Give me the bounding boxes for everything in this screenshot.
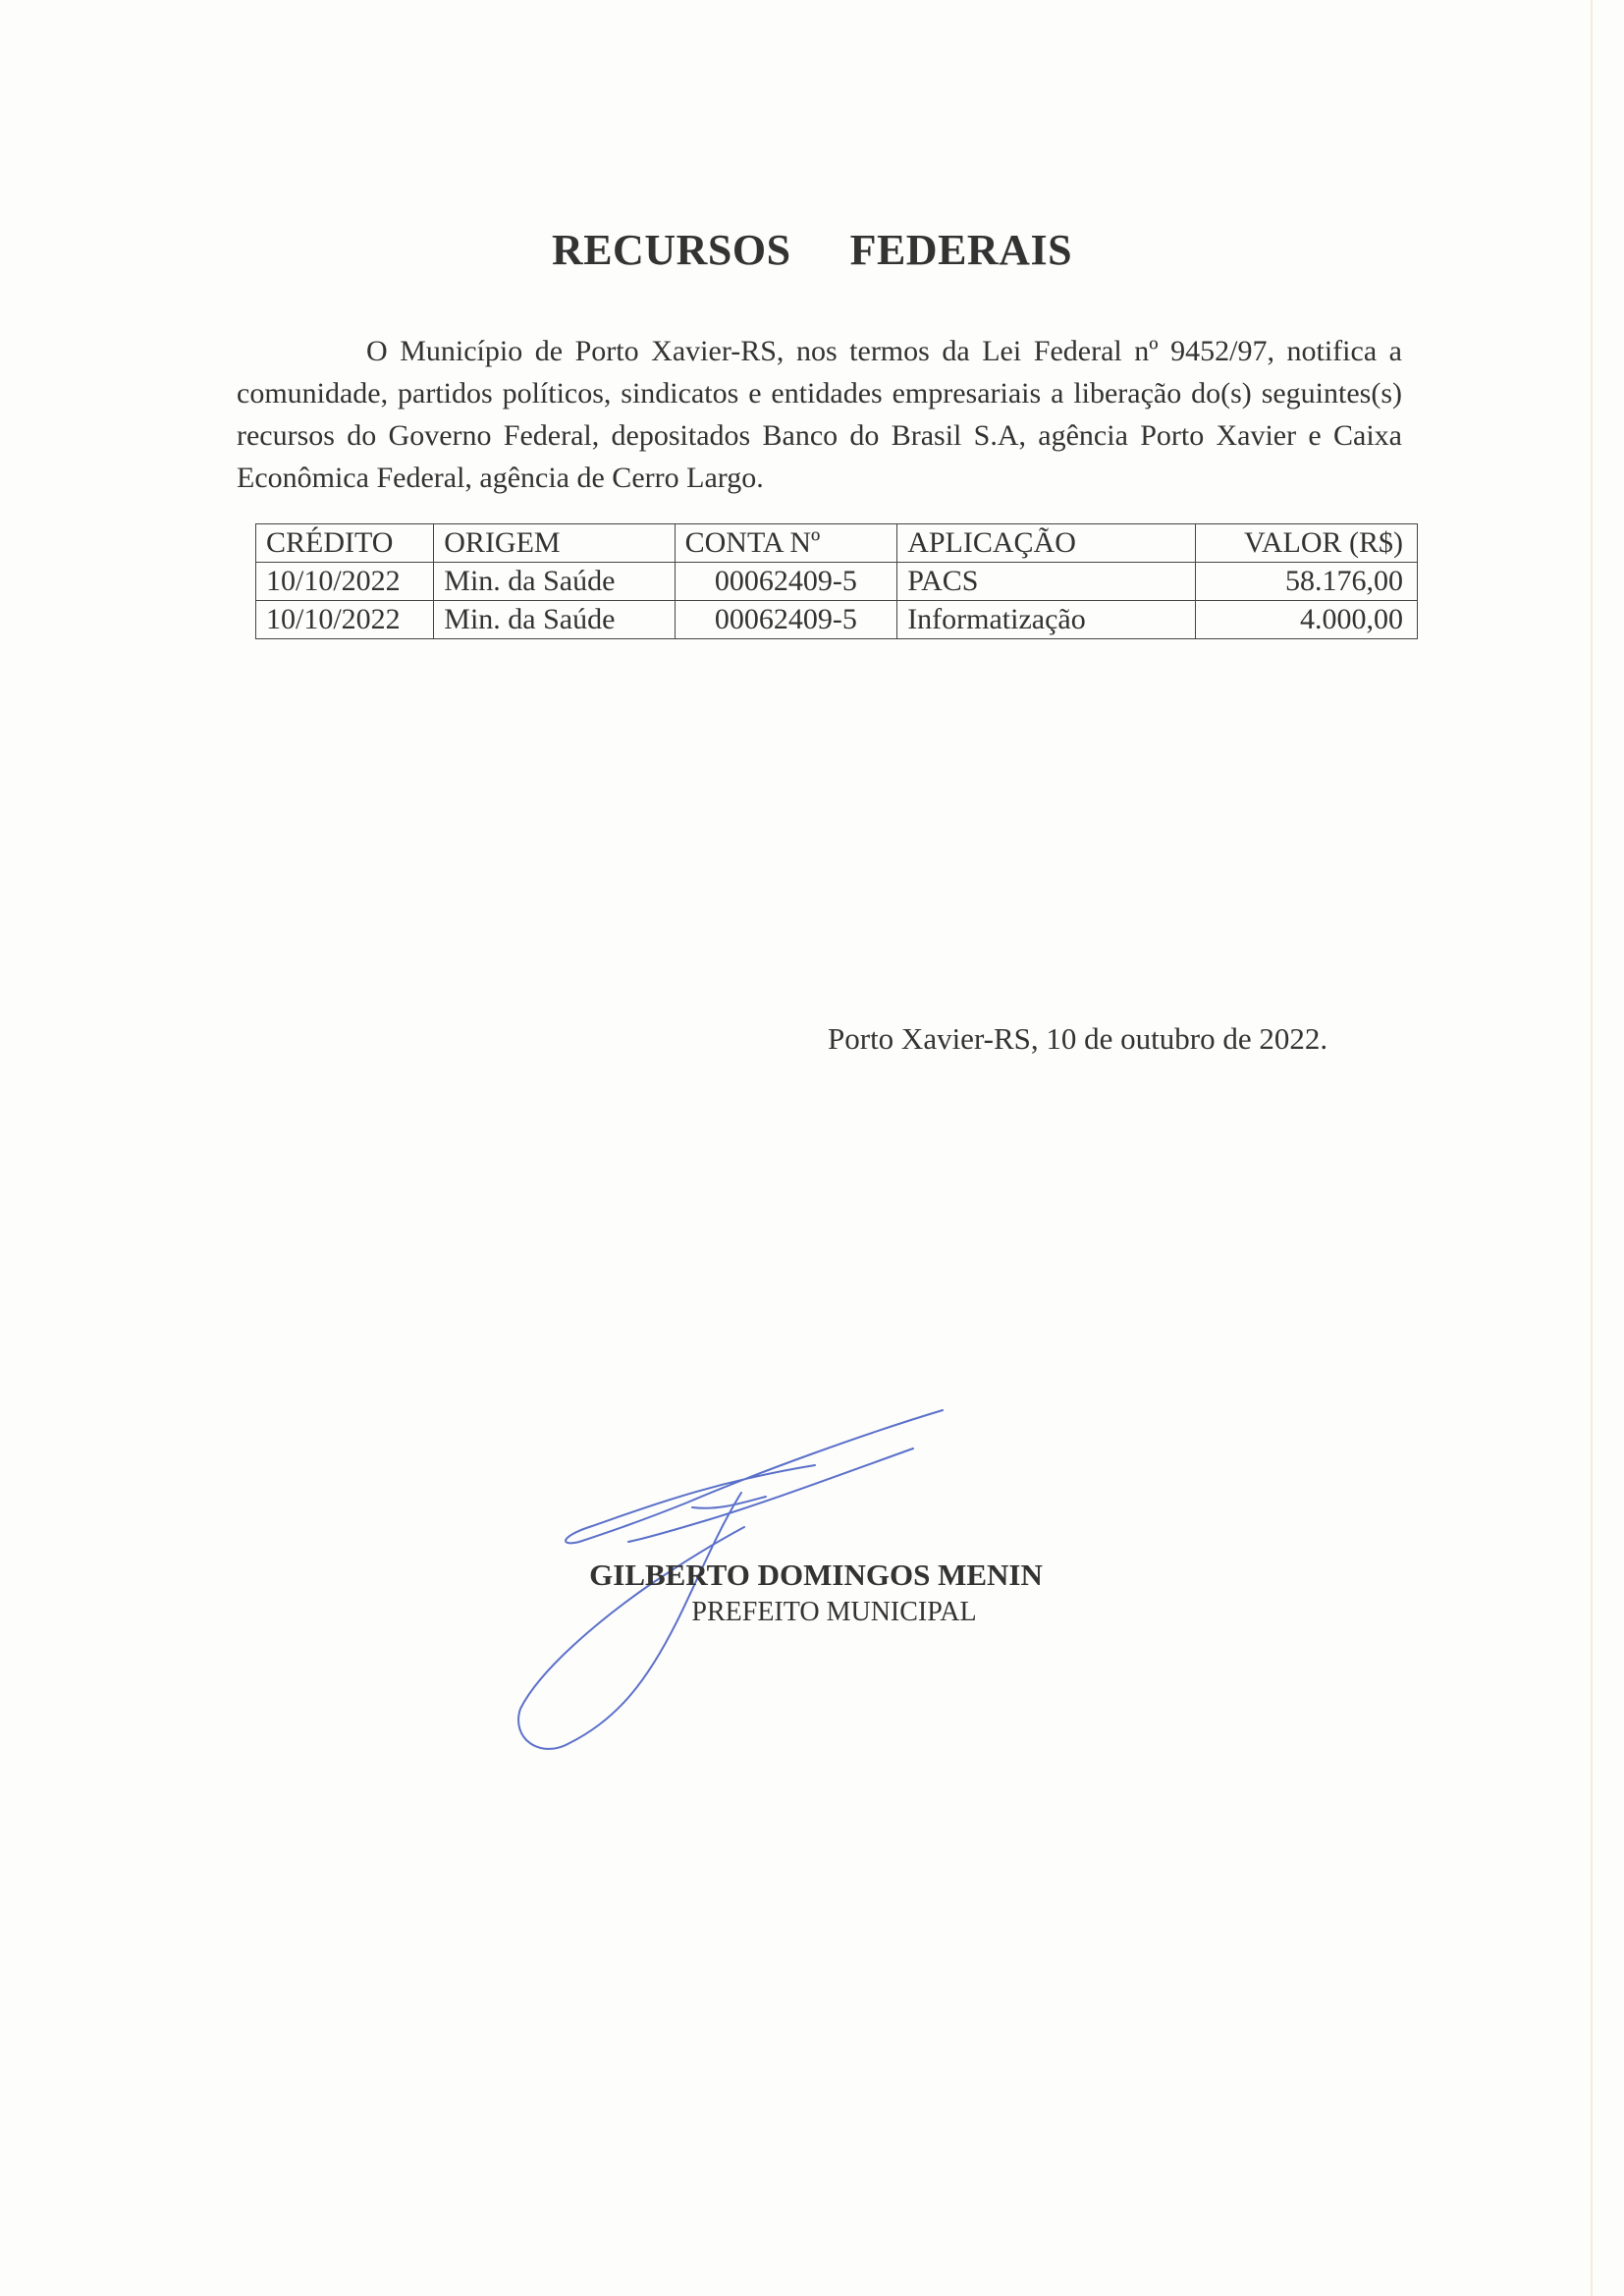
header-origem: ORIGEM bbox=[434, 524, 675, 563]
notice-paragraph-text: O Município de Porto Xavier-RS, nos term… bbox=[237, 335, 1402, 494]
cell-valor: 58.176,00 bbox=[1195, 563, 1417, 601]
signer-name: GILBERTO DOMINGOS MENIN bbox=[0, 1558, 1624, 1593]
signer-role: PREFEITO MUNICIPAL bbox=[0, 1597, 1624, 1628]
table-row: 10/10/2022 Min. da Saúde 00062409-5 Info… bbox=[256, 601, 1418, 639]
cell-conta: 00062409-5 bbox=[675, 563, 897, 601]
title-word-2: FEDERAIS bbox=[850, 225, 1073, 275]
cell-conta: 00062409-5 bbox=[675, 601, 897, 639]
cell-origem: Min. da Saúde bbox=[434, 601, 675, 639]
table-row: 10/10/2022 Min. da Saúde 00062409-5 PACS… bbox=[256, 563, 1418, 601]
cell-credito: 10/10/2022 bbox=[256, 563, 434, 601]
header-credito: CRÉDITO bbox=[256, 524, 434, 563]
table-header-row: CRÉDITO ORIGEM CONTA Nº APLICAÇÃO VALOR … bbox=[256, 524, 1418, 563]
notice-paragraph: O Município de Porto Xavier-RS, nos term… bbox=[237, 330, 1402, 499]
cell-aplicacao: Informatização bbox=[897, 601, 1196, 639]
cell-aplicacao: PACS bbox=[897, 563, 1196, 601]
cell-valor: 4.000,00 bbox=[1195, 601, 1417, 639]
cell-credito: 10/10/2022 bbox=[256, 601, 434, 639]
header-aplicacao: APLICAÇÃO bbox=[897, 524, 1196, 563]
header-conta: CONTA Nº bbox=[675, 524, 897, 563]
place-date: Porto Xavier-RS, 10 de outubro de 2022. bbox=[828, 1021, 1327, 1057]
title-word-1: RECURSOS bbox=[552, 225, 791, 275]
cell-origem: Min. da Saúde bbox=[434, 563, 675, 601]
credits-table: CRÉDITO ORIGEM CONTA Nº APLICAÇÃO VALOR … bbox=[255, 523, 1418, 639]
document-title: RECURSOSFEDERAIS bbox=[0, 225, 1624, 275]
header-valor: VALOR (R$) bbox=[1195, 524, 1417, 563]
scan-edge-line bbox=[1591, 0, 1593, 2296]
